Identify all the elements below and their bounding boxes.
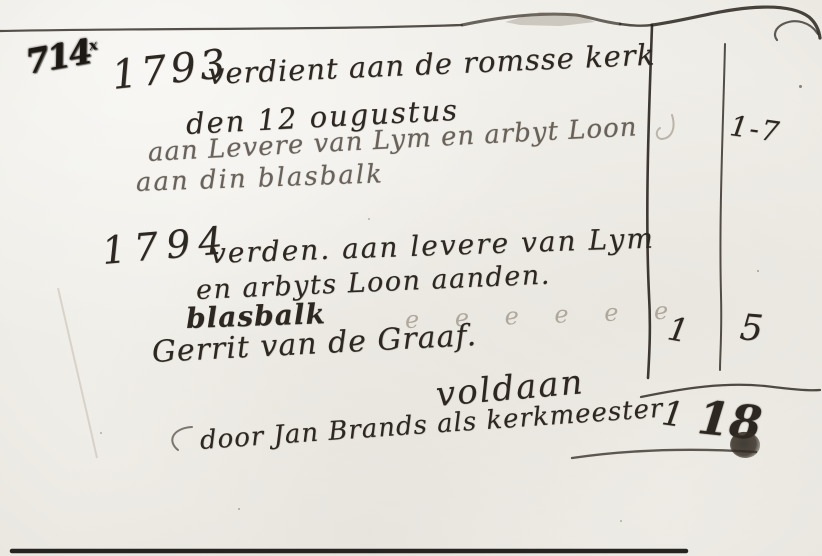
top-edge-hump-shade	[505, 12, 595, 26]
folio-sup: x	[88, 37, 97, 54]
signature-line: door Jan Brands als kerkmeester	[199, 396, 664, 454]
paper-speckle	[100, 432, 102, 434]
entry-1794-line1: verden. aan levere van Lym	[210, 224, 656, 268]
signature-prefix-flourish	[172, 427, 192, 450]
folio-number: 714	[23, 32, 94, 83]
entry-1794-amount-guilders: 1	[665, 312, 691, 347]
top-edge-line-left	[0, 25, 462, 31]
entry-1793-line4: aan din blasbalk	[136, 161, 385, 196]
top-edge-curl	[652, 7, 820, 38]
money-column-rule-right	[720, 44, 725, 370]
paper-crease	[58, 288, 97, 458]
document-scan: 714x 1793 verdient aan de romsse kerk de…	[0, 0, 822, 556]
paper-speckle	[757, 270, 759, 272]
top-edge-hump	[462, 14, 620, 25]
paper-speckle	[799, 85, 802, 88]
top-edge-junction	[620, 24, 652, 26]
signature-dash	[572, 450, 756, 458]
entry-1793-amount: 1-7	[728, 112, 782, 147]
paper-speckle	[238, 508, 240, 510]
entry-1794-amount-stuivers: 5	[738, 310, 764, 348]
paper-speckle	[368, 218, 370, 220]
entry-1793-line1: verdient aan de romsse kerk	[207, 40, 655, 88]
paper-speckle	[620, 520, 622, 522]
faint-ink-curl	[657, 115, 674, 139]
top-edge-curl-return	[775, 21, 818, 40]
folio-mark: 714x	[23, 34, 99, 80]
